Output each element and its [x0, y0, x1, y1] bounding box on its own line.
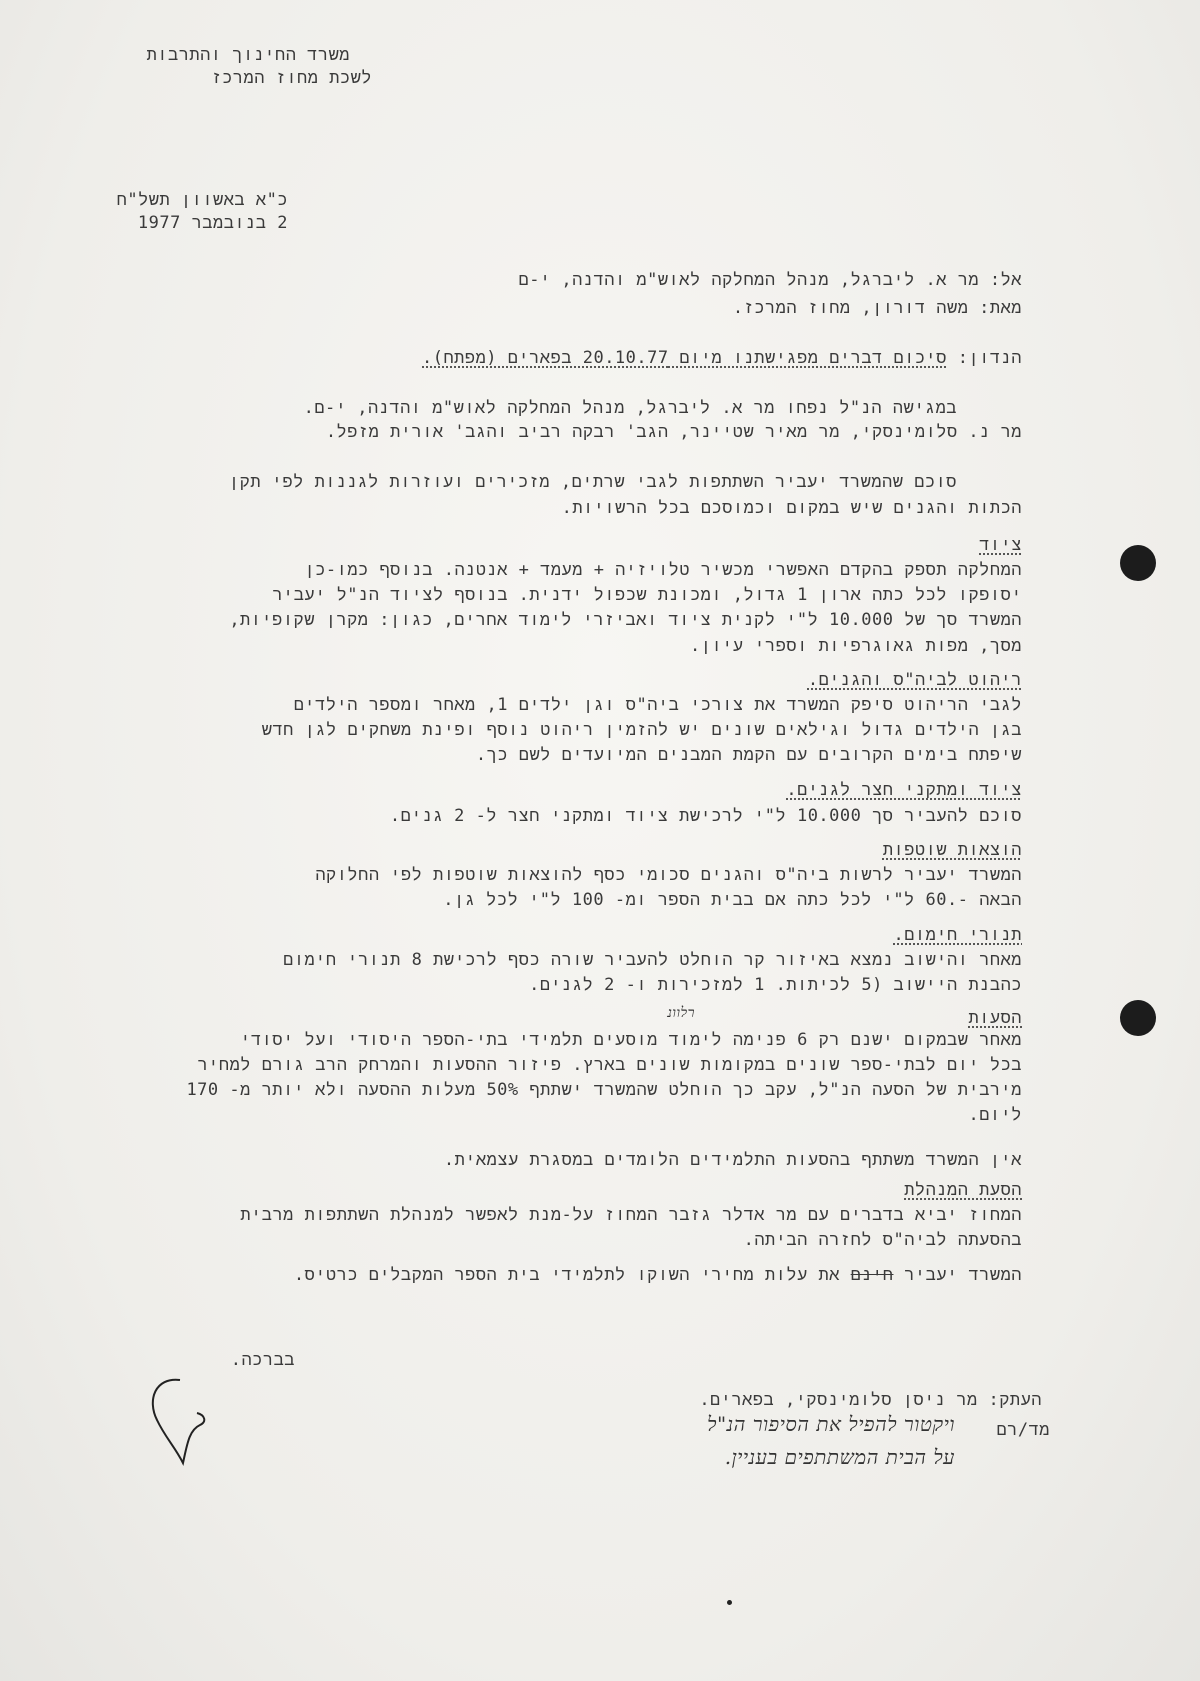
transport-line: ליום. [968, 1105, 1022, 1126]
section-heading-yard: ציוד ומתקני חצר לגנים. [786, 780, 1022, 801]
signature-icon [145, 1375, 215, 1470]
struck-word: חינם [851, 1265, 894, 1285]
section-heading-equipment: ציוד [979, 535, 1022, 556]
sender-line: מאת: משה דורון, מחוז המרכז. [733, 298, 1022, 319]
independent-framework-note: אין המשרד משתתף בהסעות התלמידים הלומדים … [444, 1150, 1022, 1171]
summary-line-1: סוכם שהמשרד יעביר השתתפות לגבי שרתים, מז… [229, 472, 957, 493]
yard-line: סוכם להעביר סך 10.000 ל"י לרכישת ציוד ומ… [390, 806, 1022, 827]
meeting-line-2: מר נ. סלומינסקי, מר מאיר שטיינר, הגב' רב… [326, 422, 1022, 443]
subject-label: הנדון: [958, 348, 1022, 368]
section-heading-furniture: ריהוט לביה"ס והגנים. [808, 670, 1022, 691]
chocolate-milk-note: המשרד יעביר חינם את עלות מחירי השוקו לתל… [294, 1265, 1022, 1286]
meeting-line-1: במגישה הנ"ל נפחו מר א. ליברגל, מנהל המחל… [304, 398, 957, 419]
hole-punch [1120, 545, 1156, 581]
equipment-line: המחלקה תספק בהקדם האפשרי מכשיר טלויזיה +… [304, 560, 1022, 581]
handwritten-annotation: רלוונ [667, 1005, 695, 1022]
summary-line-2: הכתות והגנים שיש במקום וכמוסכם בכל הרשוי… [562, 498, 1022, 519]
recipient-line: אל: מר א. ליברגל, מנהל המחלקה לאוש"מ והד… [519, 270, 1022, 291]
date-hebrew: כ"א באשוון תשל"ח [117, 190, 288, 211]
handwritten-note-line-1: ויקטור להפיל את הסיפור הנ"ל [707, 1412, 955, 1437]
section-heading-heaters: תנורי חימום. [894, 925, 1023, 946]
principal-transport-line: בהסעתה לביה"ס לחזרה הביתה. [744, 1230, 1022, 1251]
furniture-line: לגבי הריהוט סיפק המשרד את צורכי ביה"ס וג… [294, 695, 1022, 716]
equipment-line: יסופקו לכל כתה ארון 1 גדול, ומכונת שכפול… [272, 585, 1022, 606]
section-heading-transport: הסעות [968, 1008, 1022, 1029]
milk-note-end: את עלות מחירי השוקו לתלמידי בית הספר המק… [294, 1265, 840, 1285]
speck [727, 1600, 732, 1605]
transport-line: מאחר שבמקום ישנם רק 6 פנימה לימוד מוסעים… [240, 1030, 1022, 1051]
principal-transport-line: המחוז יביא בדברים עם מר אדלר גזבר המחוז … [240, 1205, 1022, 1226]
transport-line: בכל יום לבתי-ספר שונים במקומות שונים באר… [198, 1055, 1023, 1076]
subject-line: הנדון: סיכום דברים מפגישתנו מיום 20.10.7… [422, 348, 1022, 369]
document-page: משרד החינוך והתרבות לשכת מחוז המרכז כ"א … [0, 0, 1200, 1681]
milk-note-start: המשרד יעביר [904, 1265, 1022, 1285]
transport-line: מירבית של הסעה הנ"ל, עקב כך הוחלט שהמשרד… [186, 1080, 1022, 1101]
date-gregorian: 2 בנובמבר 1977 [138, 213, 288, 234]
letterhead-district: לשכת מחוז המרכז [211, 68, 372, 89]
expenses-line: המשרד יעביר לרשות ביה"ס והגנים סכומי כסף… [315, 865, 1022, 886]
heaters-line: כהבנת היישוב (5 לכיתות. 1 למזכירות ו- 2 … [529, 975, 1022, 996]
equipment-line: מסך, מפות גאוגרפיות וספרי עיון. [690, 636, 1022, 657]
equipment-line: המשרד סך של 10.000 ל"י לקנית ציוד ואביזר… [229, 610, 1022, 631]
subject-text: סיכום דברים מפגישתנו מיום 20.10.77 בפארי… [422, 348, 947, 368]
section-heading-expenses: הוצאות שוטפות [883, 840, 1022, 861]
heaters-line: מאחר והישוב נמצא באיזור קר הוחלט להעביר … [283, 950, 1022, 971]
handwritten-note-line-2: על הבית המשתתפים בעניין. [725, 1445, 955, 1470]
furniture-line: שיפתח בימים הקרובים עם הקמת המבנים המיוע… [476, 745, 1022, 766]
copy-recipient: העתק: מר ניסן סלומינסקי, בפארים. [699, 1390, 1042, 1411]
closing-greeting: בברכה. [231, 1350, 295, 1371]
typist-initials: מד/רם [996, 1420, 1050, 1441]
letterhead-ministry: משרד החינוך והתרבות [147, 45, 350, 66]
section-heading-principal-transport: הסעת המנהלת [904, 1180, 1022, 1201]
furniture-line: בגן הילדים גדול וגילאים שונים יש להזמין … [262, 720, 1022, 741]
expenses-line: הבאה -.60 ל"י לכל כתה אם בבית הספר ומ- 1… [443, 890, 1022, 911]
hole-punch [1120, 1000, 1156, 1036]
